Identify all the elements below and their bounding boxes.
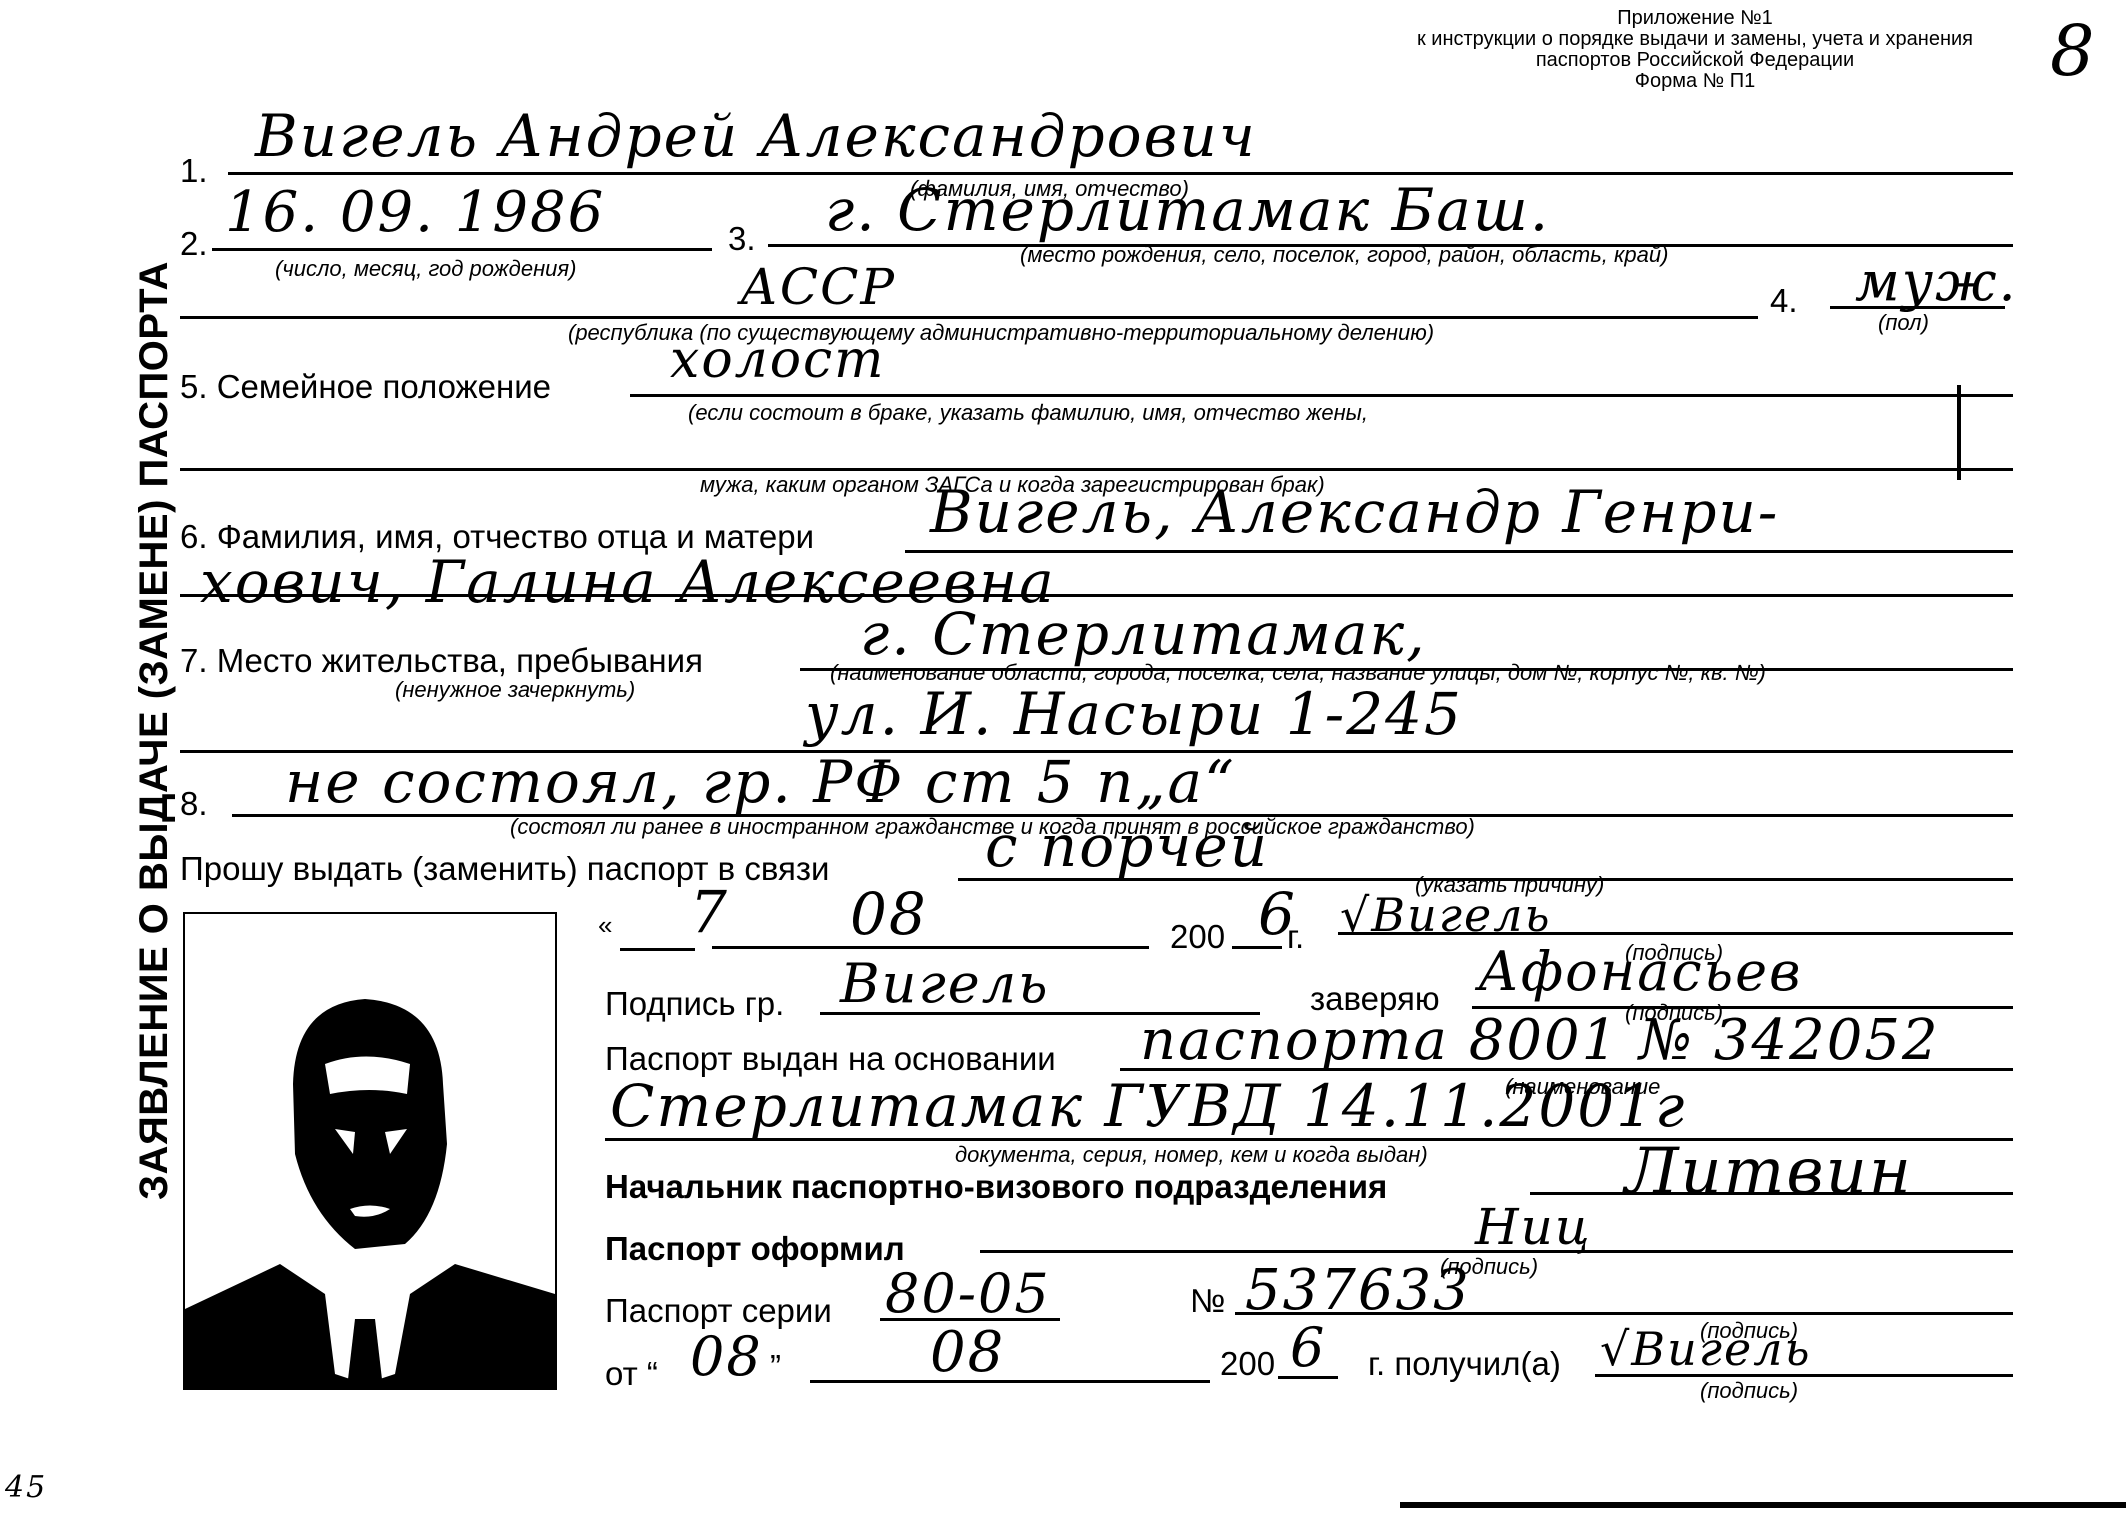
chief-line [1530, 1192, 2013, 1195]
received-year-suffix[interactable]: 6 [1290, 1316, 1326, 1379]
field-3-hint: (место рождения, село, поселок, город, р… [1020, 242, 1668, 268]
field-3-republic-value[interactable]: АССР [740, 258, 896, 316]
date-day-line [620, 948, 695, 951]
field-4-number: 4. [1770, 282, 1798, 320]
signature-label: Подпись гр. [605, 985, 784, 1023]
date-month[interactable]: 08 [850, 880, 928, 948]
received-signature-line [1595, 1374, 2013, 1377]
field-2-hint: (число, месяц, год рождения) [275, 256, 577, 282]
field-7-sublabel: (ненужное зачеркнуть) [395, 677, 635, 703]
received-label: г. получил(а) [1368, 1345, 1561, 1383]
received-month[interactable]: 08 [930, 1320, 1005, 1385]
date-month-line [712, 946, 1149, 949]
received-year-line [1278, 1376, 1338, 1379]
request-label: Прошу выдать (заменить) паспорт в связи [180, 850, 829, 888]
field-6-line [905, 550, 2013, 553]
field-8-value[interactable]: не состоял, гр. РФ ст 5 п„а“ [285, 748, 1236, 816]
chief-label: Начальник паспортно-визового подразделен… [605, 1168, 1387, 1206]
basis-hint: (наименование [1505, 1074, 1660, 1100]
field-4-hint: (пол) [1878, 310, 1929, 336]
date-signature-line [1338, 932, 2013, 935]
field-5-value[interactable]: холост [670, 330, 885, 390]
header-form-number: Форма № П1 [1370, 71, 2020, 92]
field-6-value[interactable]: Вигель, Александр Генри- [930, 478, 1779, 546]
field-3-value[interactable]: г. Стерлитамак Баш. [825, 176, 1550, 244]
issuer-signature[interactable]: Ниц [1475, 1198, 1592, 1256]
basis-hint-2: документа, серия, номер, кем и когда выд… [955, 1142, 1428, 1168]
date-year-prefix: 200 [1170, 918, 1225, 956]
page-number: 8 [2050, 10, 2095, 92]
basis-line [1120, 1068, 2013, 1071]
field-3-republic-line [180, 316, 1758, 319]
request-value[interactable]: с порчей [985, 812, 1269, 880]
field-5-vertical-mark [1957, 385, 1961, 480]
field-5-line [630, 394, 2013, 397]
date-year-line [1232, 946, 1282, 949]
date-year-unit: г. [1287, 918, 1304, 956]
header-appendix: Приложение №1 [1370, 8, 2020, 29]
field-6-line-2 [180, 594, 2013, 597]
received-hint: (подпись) [1700, 1378, 1798, 1404]
field-4-line [1830, 306, 2005, 309]
received-year-prefix: 200 [1220, 1345, 1275, 1383]
field-4-value[interactable]: муж. [1855, 250, 2018, 313]
issuer-label: Паспорт оформил [605, 1230, 905, 1268]
field-8-number: 8. [180, 785, 208, 823]
field-5-label: 5. Семейное положение [180, 368, 551, 406]
received-close-quote: ” [770, 1348, 781, 1386]
header-passports: паспортов Российской Федерации [1370, 50, 2020, 71]
form-title: ЗАЯВЛЕНИЕ О ВЫДАЧЕ (ЗАМЕНЕ) ПАСПОРТА [132, 261, 177, 1200]
field-7-value-2[interactable]: ул. И. Насыри 1-245 [805, 680, 1463, 748]
issuer-line [980, 1250, 2013, 1253]
chief-signature[interactable]: Литвин [1625, 1135, 1913, 1209]
field-7-label: 7. Место жительства, пребывания [180, 642, 703, 680]
signature-value[interactable]: Вигель [840, 952, 1050, 1015]
header-instruction: к инструкции о порядке выдачи и замены, … [1370, 29, 2020, 50]
certify-signature[interactable]: Афонасьев [1478, 940, 1802, 1003]
date-day[interactable]: 7 [690, 878, 729, 946]
field-1-value[interactable]: Вигель Андрей Александрович [255, 102, 1257, 170]
field-2-number: 2. [180, 225, 208, 263]
field-2-value[interactable]: 16. 09. 1986 [225, 180, 605, 245]
received-signature[interactable]: √Вигель [1600, 1322, 1812, 1376]
field-2-line [212, 248, 712, 251]
field-5-hint: (если состоит в браке, указать фамилию, … [688, 400, 1368, 426]
applicant-photo [183, 912, 557, 1390]
basis-value[interactable]: паспорта 8001 № 342052 [1140, 1008, 1940, 1073]
field-7-value[interactable]: г. Стерлитамак, [860, 600, 1427, 668]
passport-number-label: № [1190, 1282, 1225, 1320]
portrait-image [185, 914, 555, 1388]
field-3-number: 3. [728, 220, 756, 258]
passport-series[interactable]: 80-05 [885, 1262, 1051, 1325]
received-from-label: от “ [605, 1355, 658, 1393]
field-5-line-2 [180, 468, 2013, 471]
received-month-line [810, 1380, 1210, 1383]
date-open-quote: « [598, 910, 612, 941]
footer-edge-line [1400, 1502, 2126, 1508]
field-1-line [228, 172, 2013, 175]
field-1-number: 1. [180, 152, 208, 190]
footer-mark: 45 [5, 1470, 47, 1505]
received-day[interactable]: 08 [690, 1325, 763, 1388]
form-header: Приложение №1 к инструкции о порядке выд… [1370, 8, 2020, 92]
passport-number-line [1235, 1312, 2013, 1315]
